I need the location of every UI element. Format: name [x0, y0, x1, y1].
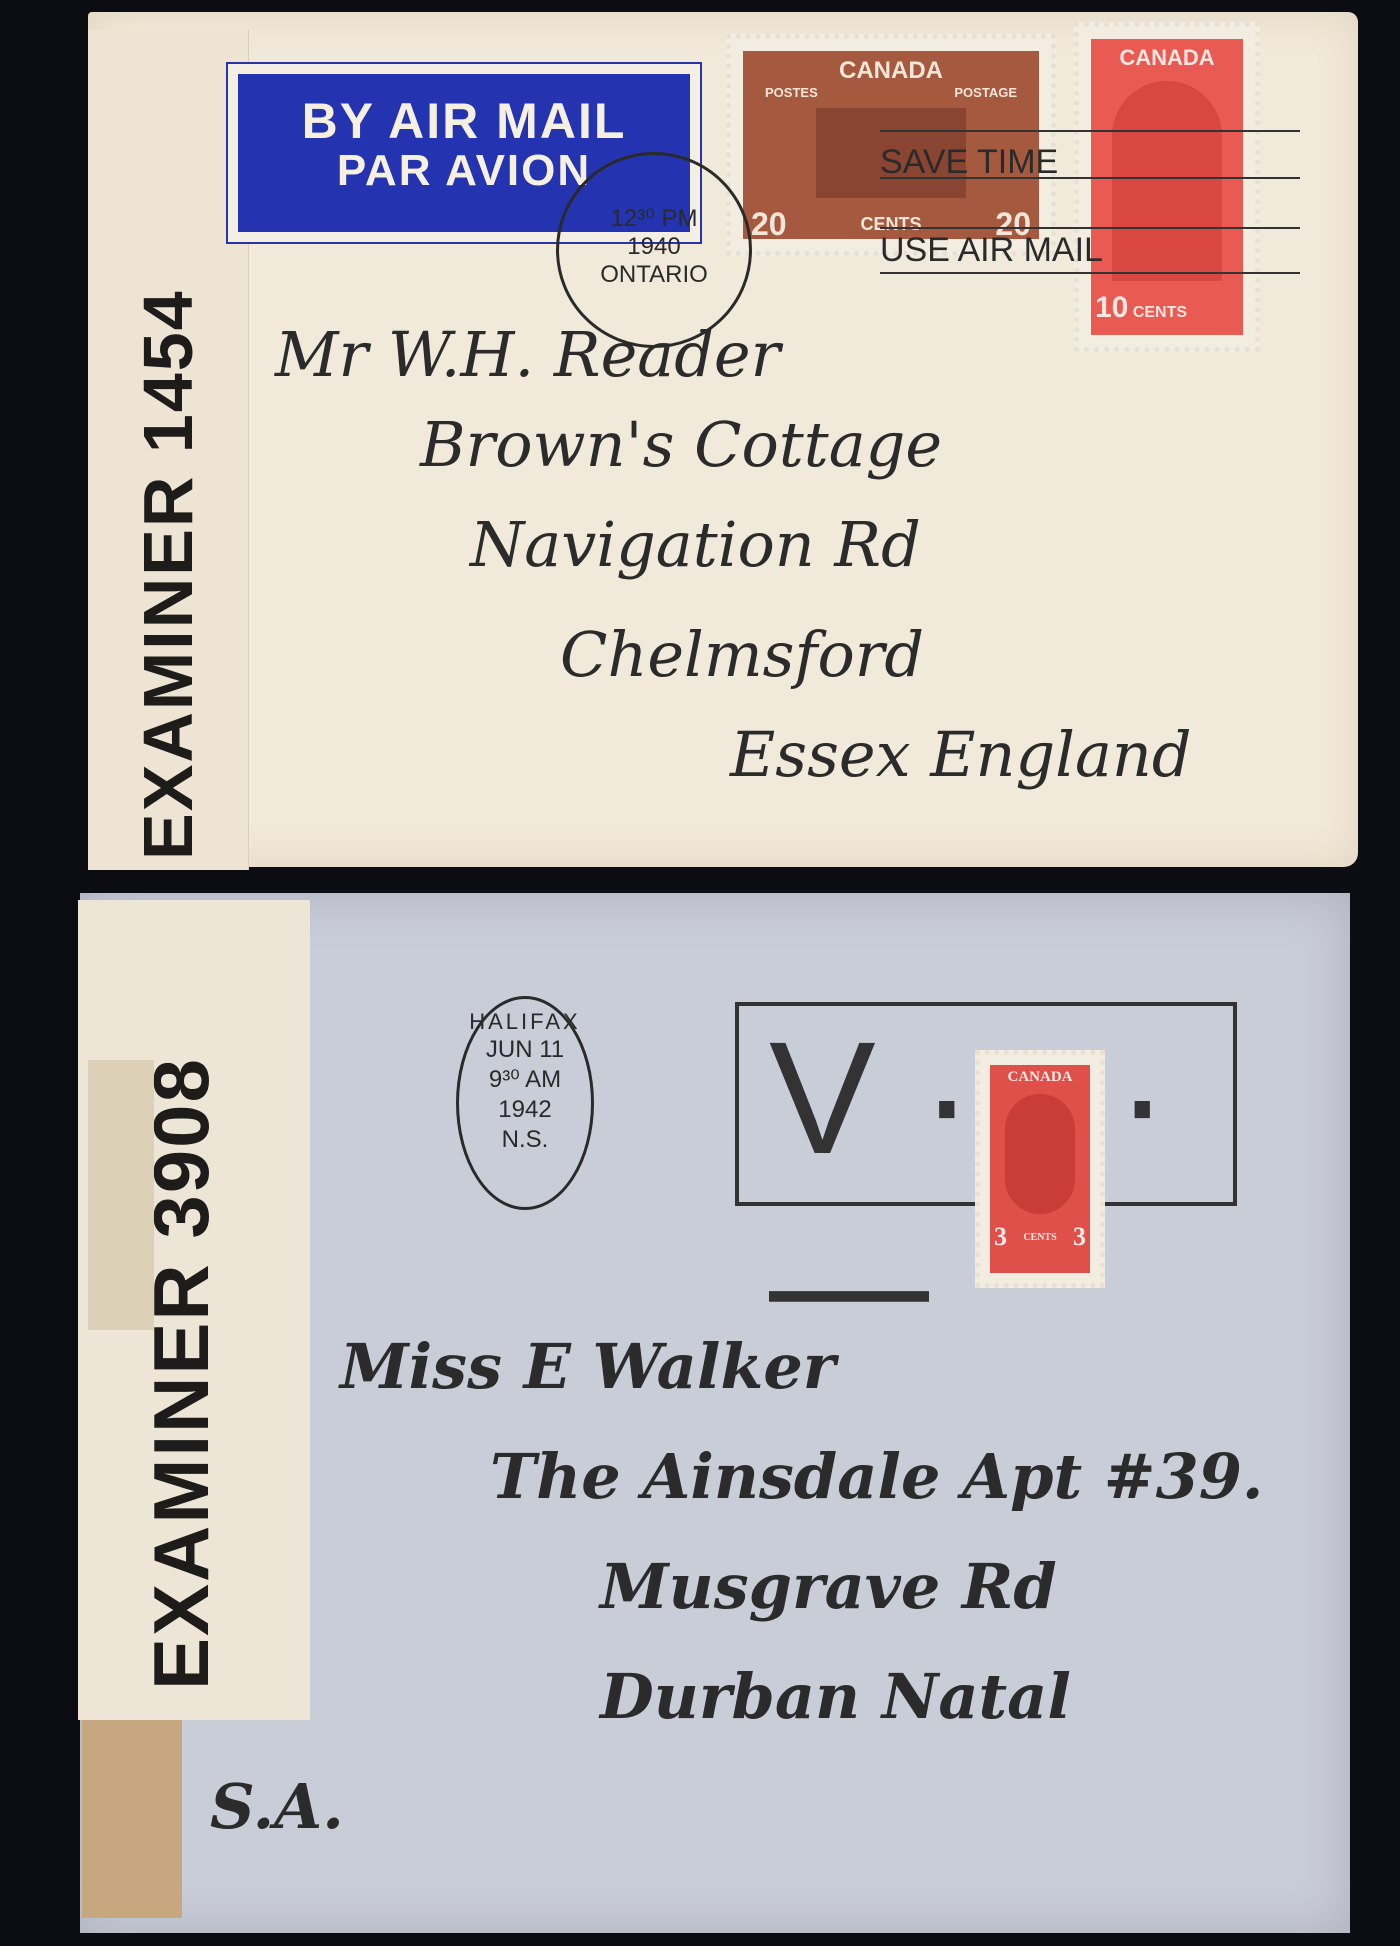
slogan-line1: SAVE TIME	[880, 140, 1260, 184]
tape-strip	[82, 1718, 182, 1918]
tape-strip	[88, 1060, 154, 1330]
stamp-country: CANADA	[990, 1069, 1090, 1086]
address-line: Mr W.H. Reader	[275, 318, 780, 391]
censor-label: EXAMINER 1454	[128, 289, 208, 860]
postmark-year: 1942	[459, 1095, 591, 1125]
address-line: Essex England	[730, 718, 1192, 791]
stamp-country: CANADA	[1091, 45, 1243, 71]
postmark-time: 9³⁰ AM	[459, 1065, 591, 1095]
address-line: The Ainsdale Apt #39.	[490, 1440, 1264, 1513]
address-line: Brown's Cottage	[420, 408, 942, 481]
censor-strip-1: EXAMINER 1454	[88, 30, 249, 870]
stamp-unit: CENTS	[1023, 1232, 1056, 1243]
postmark-province: ONTARIO	[559, 261, 749, 289]
slogan-line2: USE AIR MAIL	[880, 228, 1260, 272]
postmark-city: HALIFAX	[459, 1009, 591, 1035]
postmark-halifax: HALIFAX JUN 11 9³⁰ AM 1942 N.S.	[456, 996, 594, 1210]
postmark-year: 1940	[559, 233, 749, 261]
stamp-value: 10	[1095, 291, 1128, 324]
stamp-country: CANADA	[743, 57, 1039, 85]
address-line: S.A.	[210, 1770, 344, 1843]
stamp-3-cents: CANADA 3CENTS3	[975, 1050, 1105, 1288]
address-line: Chelmsford	[560, 618, 924, 691]
postmark-date: JUN 11	[459, 1035, 591, 1065]
address-line: Durban Natal	[600, 1660, 1071, 1733]
king-george-portrait	[1005, 1094, 1075, 1214]
postmark-time: 12³⁰ PM	[559, 205, 749, 233]
stamp-unit: CENTS	[1133, 304, 1187, 321]
cancel-slogan: SAVE TIME USE AIR MAIL	[880, 140, 1260, 272]
stamp-left-text: POSTES	[765, 85, 818, 100]
address-line: Navigation Rd	[470, 508, 921, 581]
stamp-value: 3	[994, 1222, 1007, 1252]
stamp-value: 3	[1073, 1222, 1086, 1252]
airmail-line1: BY AIR MAIL	[238, 92, 690, 150]
stamp-right-text: POSTAGE	[954, 85, 1017, 100]
postmark-province: N.S.	[459, 1125, 591, 1155]
address-line: Musgrave Rd	[600, 1550, 1057, 1623]
stamp-value: 20	[751, 206, 787, 243]
address-line: Miss E Walker	[340, 1330, 835, 1403]
